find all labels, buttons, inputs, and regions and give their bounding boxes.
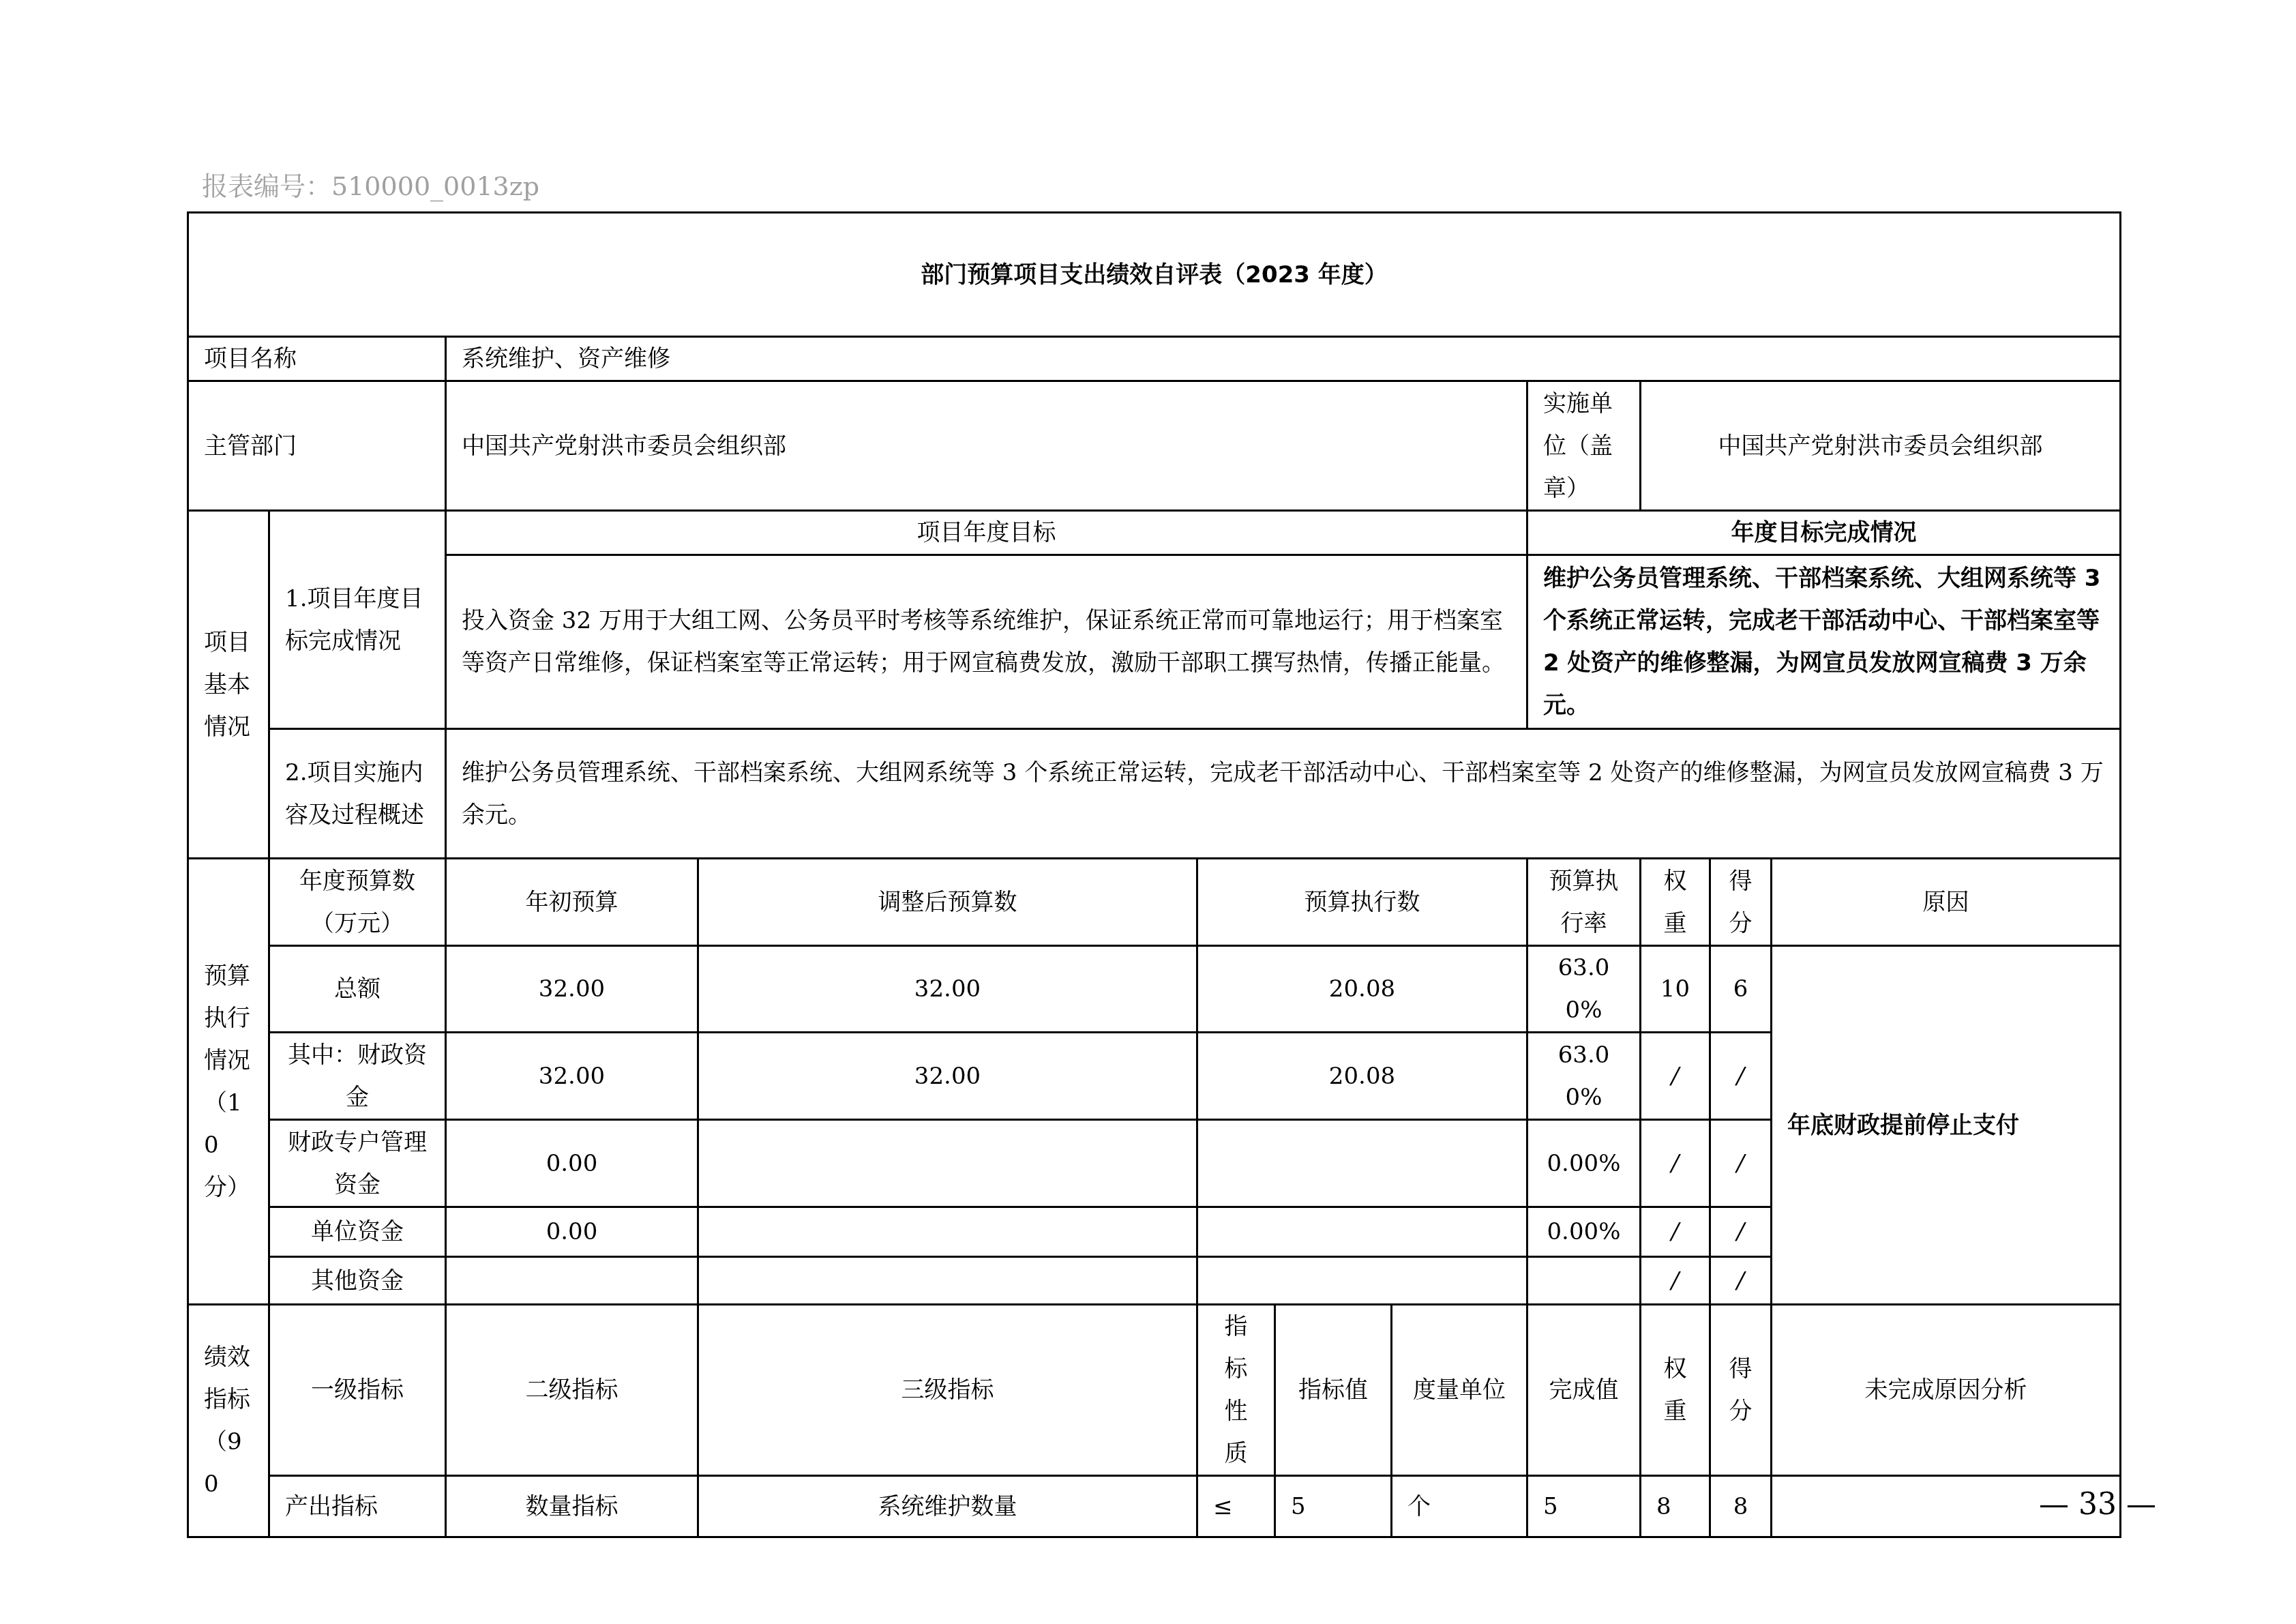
perf-weight: 8: [1641, 1476, 1710, 1537]
perf-header-analysis: 未完成原因分析: [1772, 1305, 2121, 1476]
budget-weight: /: [1641, 1033, 1710, 1120]
budget-row-label: 总额: [269, 946, 446, 1033]
budget-initial: 32.00: [446, 946, 698, 1033]
budget-adjusted: [698, 1207, 1197, 1257]
perf-header-level1: 一级指标: [269, 1305, 446, 1476]
budget-score: /: [1710, 1257, 1772, 1305]
budget-row-label: 其他资金: [269, 1257, 446, 1305]
perf-header-level2: 二级指标: [446, 1305, 698, 1476]
budget-rate: [1527, 1257, 1641, 1305]
completion-header: 年度目标完成情况: [1527, 511, 2121, 555]
budget-adjusted: [698, 1257, 1197, 1305]
item1-label: 1.项目年度目标完成情况: [269, 511, 446, 729]
budget-section-label: 预算执行情况（10分）: [188, 859, 269, 1305]
basic-section-label: 项目基本情况: [188, 511, 269, 859]
item1-goal: 投入资金 32 万用于大组工网、公务员平时考核等系统维护，保证系统正常而可靠地运…: [446, 555, 1527, 729]
perf-row: 产出指标 数量指标 系统维护数量 ≤ 5 个 5 8 8: [188, 1476, 2121, 1537]
performance-self-evaluation-table: 部门预算项目支出绩效自评表（2023 年度） 项目名称 系统维护、资产维修 主管…: [187, 211, 2121, 1538]
budget-row-label: 其中：财政资金: [269, 1033, 446, 1120]
budget-header-initial: 年初预算: [446, 859, 698, 946]
budget-header-weight: 权重: [1641, 859, 1710, 946]
dept-value: 中国共产党射洪市委员会组织部: [446, 381, 1527, 511]
budget-initial: 0.00: [446, 1207, 698, 1257]
budget-adjusted: 32.00: [698, 1033, 1197, 1120]
budget-rate: 0.00%: [1527, 1207, 1641, 1257]
item2-label: 2.项目实施内容及过程概述: [269, 729, 446, 859]
perf-unit: 个: [1392, 1476, 1527, 1537]
perf-score: 8: [1710, 1476, 1772, 1537]
budget-adjusted: [698, 1120, 1197, 1207]
budget-header-category: 年度预算数（万元）: [269, 859, 446, 946]
page-title: 部门预算项目支出绩效自评表（2023 年度）: [188, 213, 2121, 337]
perf-header-nature: 指标性质: [1197, 1305, 1275, 1476]
perf-target: 5: [1275, 1476, 1392, 1537]
budget-weight: /: [1641, 1257, 1710, 1305]
perf-level3: 系统维护数量: [698, 1476, 1197, 1537]
report-id: 报表编号：510000_0013zp: [202, 165, 539, 203]
budget-score: /: [1710, 1207, 1772, 1257]
perf-actual: 5: [1527, 1476, 1641, 1537]
perf-header-level3: 三级指标: [698, 1305, 1197, 1476]
budget-weight: /: [1641, 1207, 1710, 1257]
project-name-label: 项目名称: [188, 337, 446, 381]
dept-label: 主管部门: [188, 381, 446, 511]
budget-executed: [1197, 1120, 1527, 1207]
budget-rate: 0.00%: [1527, 1120, 1641, 1207]
perf-header-weight: 权重: [1641, 1305, 1710, 1476]
item1-completion: 维护公务员管理系统、干部档案系统、大组网系统等 3 个系统正常运转，完成老干部活…: [1527, 555, 2121, 729]
budget-executed: 20.08: [1197, 1033, 1527, 1120]
perf-header-actual: 完成值: [1527, 1305, 1641, 1476]
budget-row-label: 财政专户管理资金: [269, 1120, 446, 1207]
budget-executed: [1197, 1207, 1527, 1257]
budget-row-label: 单位资金: [269, 1207, 446, 1257]
perf-header-unit: 度量单位: [1392, 1305, 1527, 1476]
item2-value: 维护公务员管理系统、干部档案系统、大组网系统等 3 个系统正常运转，完成老干部活…: [446, 729, 2121, 859]
budget-score: /: [1710, 1120, 1772, 1207]
budget-adjusted: 32.00: [698, 946, 1197, 1033]
page-number: — 33 —: [2039, 1487, 2156, 1522]
budget-initial: 32.00: [446, 1033, 698, 1120]
budget-initial: 0.00: [446, 1120, 698, 1207]
performance-section-label: 绩效指标（90: [188, 1305, 269, 1537]
budget-weight: /: [1641, 1120, 1710, 1207]
perf-level1: 产出指标: [269, 1476, 446, 1537]
goal-header: 项目年度目标: [446, 511, 1527, 555]
budget-rate: 63.00%: [1527, 946, 1641, 1033]
budget-initial: [446, 1257, 698, 1305]
budget-score: 6: [1710, 946, 1772, 1033]
budget-executed: [1197, 1257, 1527, 1305]
project-name-value: 系统维护、资产维修: [446, 337, 2121, 381]
budget-weight: 10: [1641, 946, 1710, 1033]
budget-executed: 20.08: [1197, 946, 1527, 1033]
budget-header-executed: 预算执行数: [1197, 859, 1527, 946]
perf-level2: 数量指标: [446, 1476, 698, 1537]
budget-header-rate: 预算执行率: [1527, 859, 1641, 946]
perf-header-score: 得分: [1710, 1305, 1772, 1476]
impl-unit-label: 实施单位（盖章）: [1527, 381, 1641, 511]
budget-row: 总额 32.00 32.00 20.08 63.00% 10 6 年底财政提前停…: [188, 946, 2121, 1033]
budget-header-score: 得分: [1710, 859, 1772, 946]
budget-header-adjusted: 调整后预算数: [698, 859, 1197, 946]
impl-unit-value: 中国共产党射洪市委员会组织部: [1641, 381, 2121, 511]
perf-nature: ≤: [1197, 1476, 1275, 1537]
budget-header-reason: 原因: [1772, 859, 2121, 946]
budget-score: /: [1710, 1033, 1772, 1120]
perf-header-target: 指标值: [1275, 1305, 1392, 1476]
budget-reason: 年底财政提前停止支付: [1772, 946, 2121, 1305]
budget-rate: 63.00%: [1527, 1033, 1641, 1120]
